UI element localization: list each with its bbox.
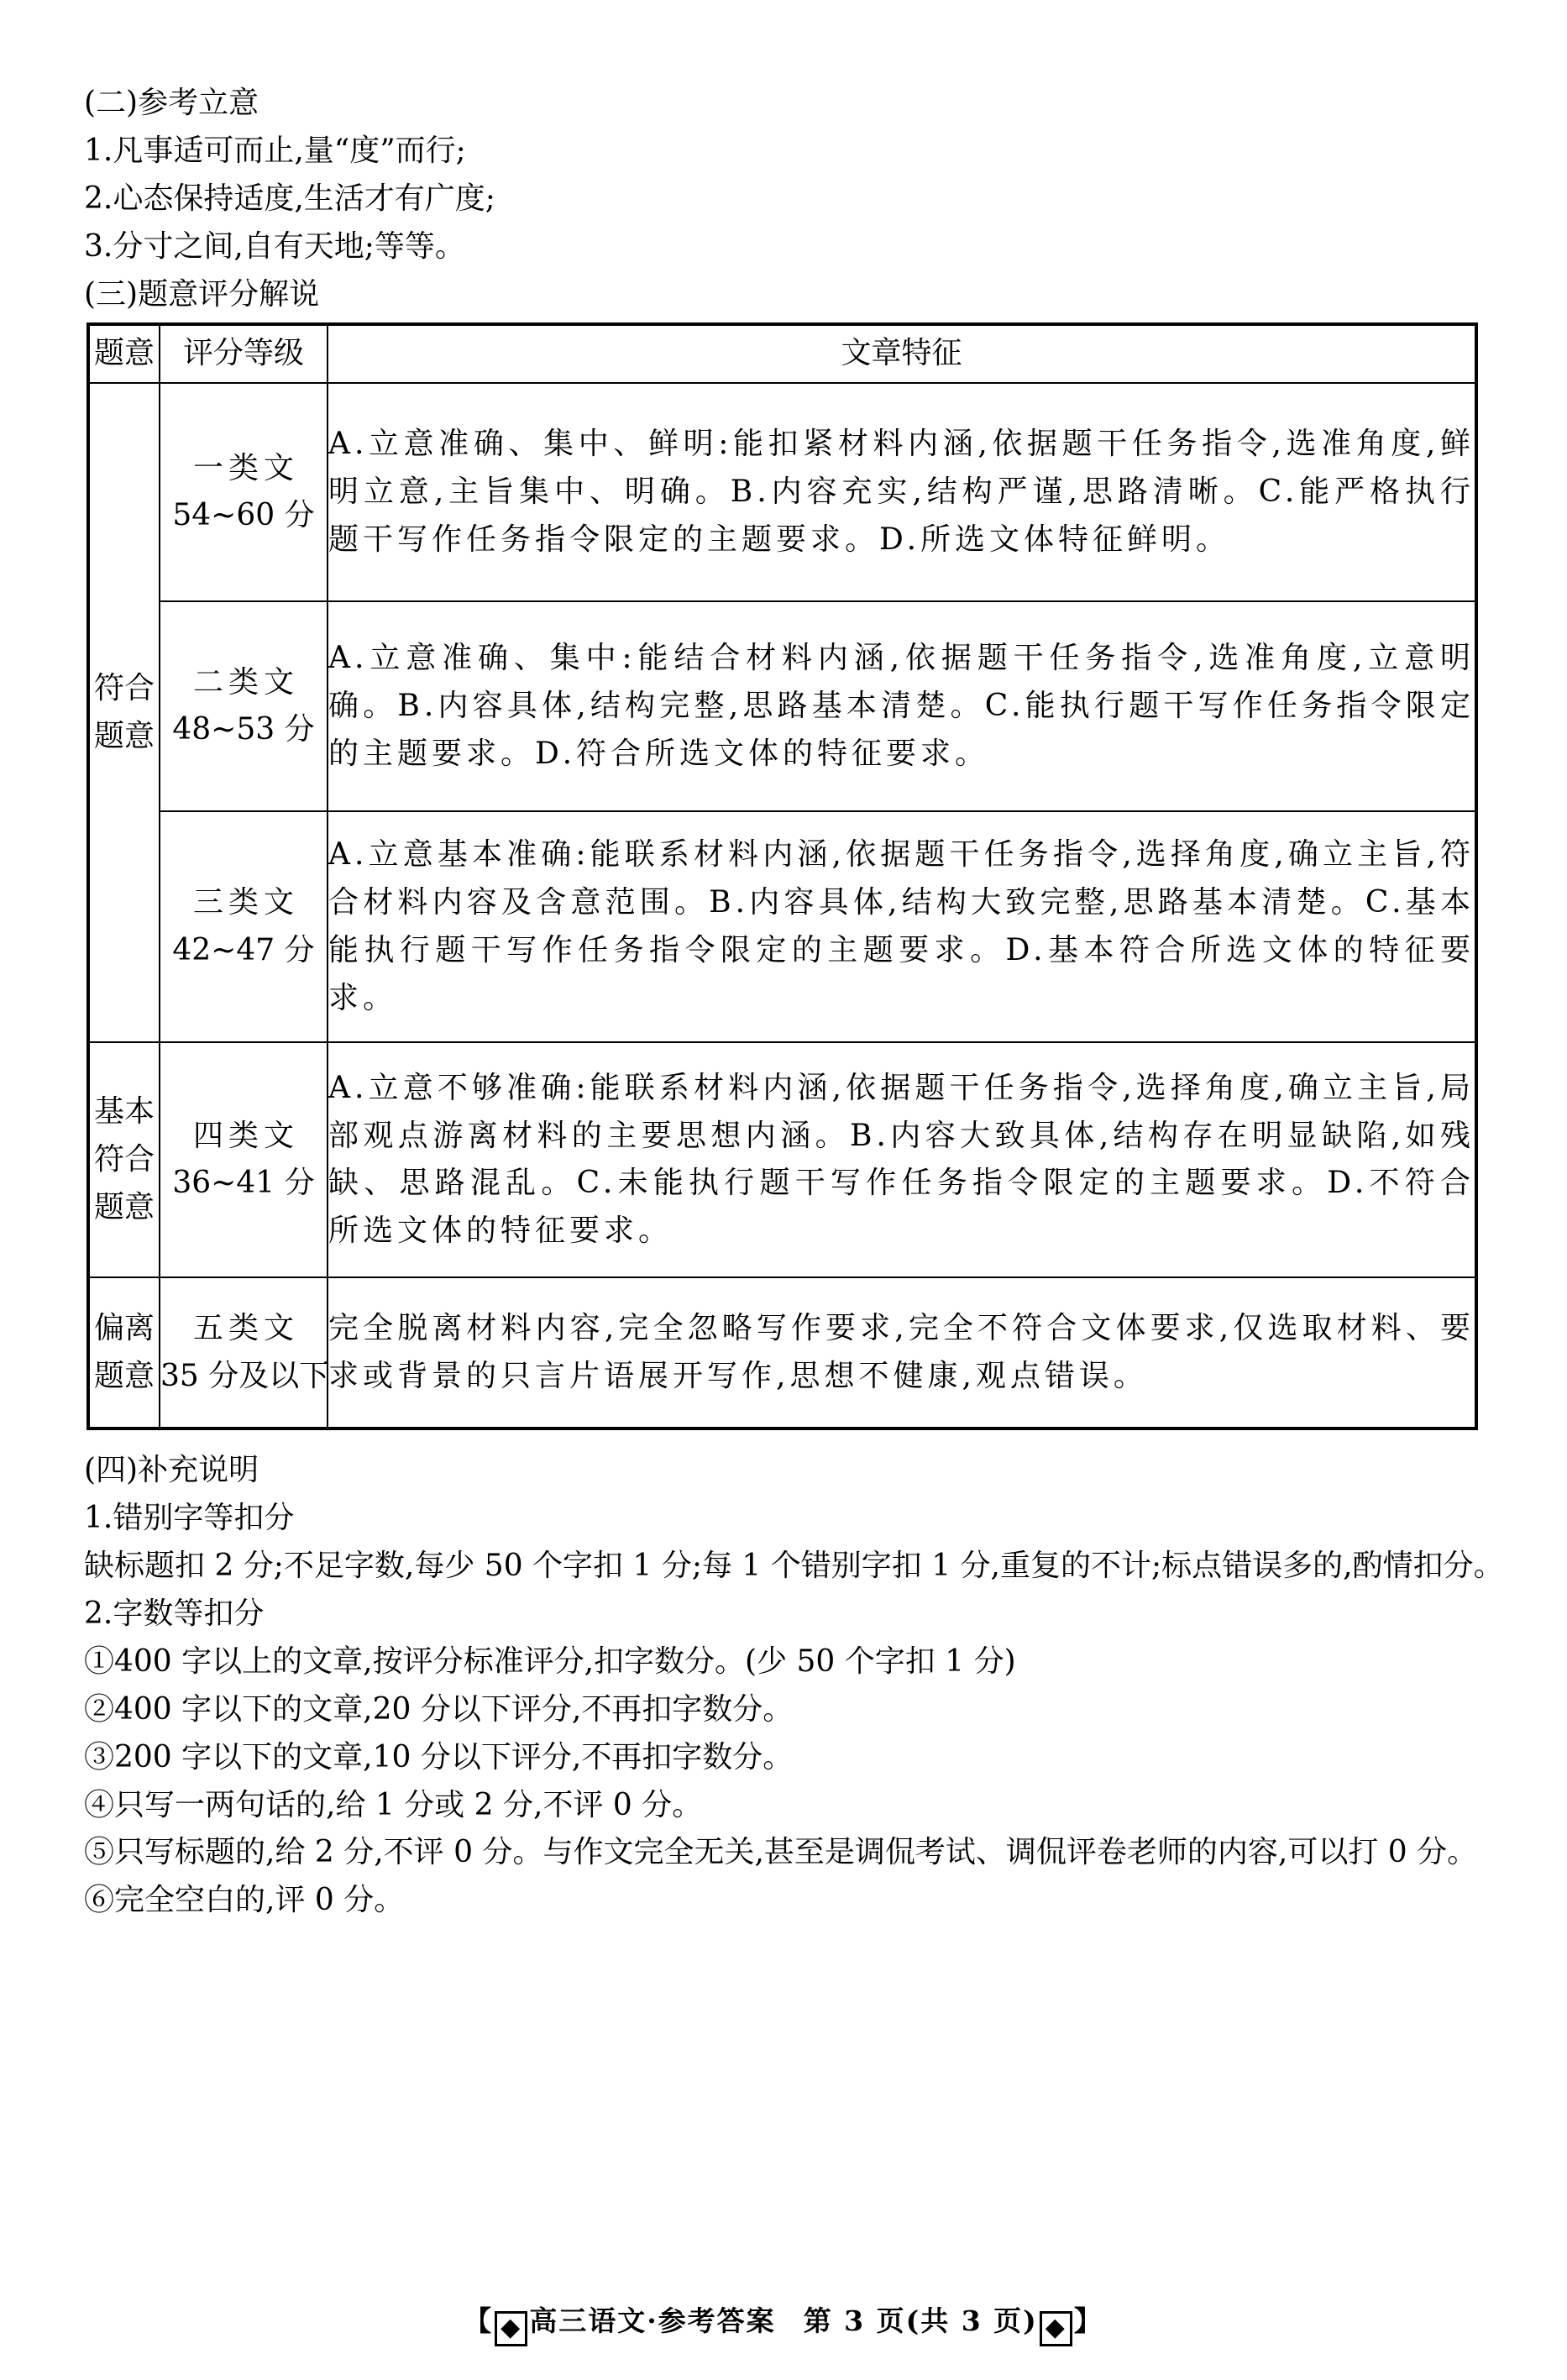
- note-item-2: ②400 字以下的文章,20 分以下评分,不再扣字数分。: [46, 1686, 1521, 1734]
- intro-item-3: 3.分寸之间,自有天地;等等。: [46, 223, 1521, 271]
- grade-score: 54~60 分: [160, 492, 327, 540]
- grade-name: 四类文: [160, 1113, 327, 1161]
- note-item-1: ①400 字以上的文章,按评分标准评分,扣字数分。(少 50 个字扣 1 分): [46, 1638, 1521, 1686]
- page-content: (二)参考立意 1.凡事适可而止,量“度”而行; 2.心态保持适度,生活才有广度…: [0, 0, 1567, 1925]
- features-cell-3: A.立意基本准确:能联系材料内涵,依据题干任务指令,选择角度,确立主旨,符合材料…: [328, 811, 1476, 1042]
- section4-title: (四)补充说明: [46, 1447, 1521, 1495]
- category-cell-basically-matches-topic: 基本符合题意: [88, 1042, 160, 1277]
- diamond-glyph: ◆: [1046, 2313, 1067, 2342]
- page-footer: 【◆高三语文·参考答案第 3 页(共 3 页)◆】: [0, 2299, 1567, 2346]
- features-cell-4: A.立意不够准确:能联系材料内涵,依据题干任务指令,选择角度,确立主旨,局部观点…: [328, 1042, 1476, 1277]
- grade-score: 42~47 分: [160, 927, 327, 975]
- features-cell-1: A.立意准确、集中、鲜明:能扣紧材料内涵,依据题干任务指令,选准角度,鲜明立意,…: [328, 383, 1476, 601]
- header-topic: 题意: [88, 324, 160, 383]
- section2-title: (二)参考立意: [46, 80, 1521, 128]
- note-sub2-title: 2.字数等扣分: [46, 1591, 1521, 1638]
- grade-cell-2: 二类文 48~53 分: [160, 601, 328, 811]
- features-cell-5: 完全脱离材料内容,完全忽略写作要求,完全不符合文体要求,仅选取材料、要求或背景的…: [328, 1277, 1476, 1429]
- table-row: 偏离题意 五类文 35 分及以下 完全脱离材料内容,完全忽略写作要求,完全不符合…: [88, 1277, 1476, 1429]
- grade-score: 36~41 分: [160, 1160, 327, 1208]
- footer-page-number: 第 3 页(共 3 页): [804, 2304, 1038, 2337]
- grade-name: 三类文: [160, 879, 327, 927]
- grading-rubric-table: 题意 评分等级 文章特征 符合题意 一类文 54~60 分 A.立意准确、集中、…: [86, 322, 1478, 1430]
- grade-score: 35 分及以下: [160, 1353, 327, 1401]
- note-item-4: ④只写一两句话的,给 1 分或 2 分,不评 0 分。: [46, 1782, 1521, 1830]
- grade-cell-1: 一类文 54~60 分: [160, 383, 328, 601]
- diamond-icon: ◆: [1040, 2311, 1072, 2346]
- footer-title: 高三语文·参考答案: [529, 2304, 776, 2337]
- note-sub1-title: 1.错别字等扣分: [46, 1495, 1521, 1543]
- diamond-glyph: ◆: [500, 2313, 521, 2342]
- grade-cell-3: 三类文 42~47 分: [160, 811, 328, 1042]
- note-sub1-paragraph: 缺标题扣 2 分;不足字数,每少 50 个字扣 1 分;每 1 个错别字扣 1 …: [46, 1543, 1521, 1591]
- supplementary-notes: (四)补充说明 1.错别字等扣分 缺标题扣 2 分;不足字数,每少 50 个字扣…: [46, 1447, 1521, 1925]
- category-cell-matches-topic: 符合题意: [88, 383, 160, 1042]
- header-features: 文章特征: [328, 324, 1476, 383]
- note-item-6: ⑥完全空白的,评 0 分。: [46, 1877, 1521, 1925]
- note-item-3: ③200 字以下的文章,10 分以下评分,不再扣字数分。: [46, 1734, 1521, 1782]
- grade-cell-5: 五类文 35 分及以下: [160, 1277, 328, 1429]
- intro-item-2: 2.心态保持适度,生活才有广度;: [46, 176, 1521, 223]
- diamond-icon: ◆: [495, 2311, 527, 2346]
- table-row: 二类文 48~53 分 A.立意准确、集中:能结合材料内涵,依据题干任务指令,选…: [88, 601, 1476, 811]
- table-row: 符合题意 一类文 54~60 分 A.立意准确、集中、鲜明:能扣紧材料内涵,依据…: [88, 383, 1476, 601]
- grade-name: 五类文: [160, 1305, 327, 1353]
- grade-name: 二类文: [160, 659, 327, 707]
- footer-right-bracket: 】: [1074, 2304, 1103, 2337]
- intro-item-1: 1.凡事适可而止,量“度”而行;: [46, 128, 1521, 176]
- grade-score: 48~53 分: [160, 706, 327, 754]
- table-row: 三类文 42~47 分 A.立意基本准确:能联系材料内涵,依据题干任务指令,选择…: [88, 811, 1476, 1042]
- footer-left-bracket: 【: [464, 2304, 493, 2337]
- answer-key-page: (二)参考立意 1.凡事适可而止,量“度”而行; 2.心态保持适度,生活才有广度…: [0, 0, 1567, 2380]
- grade-cell-4: 四类文 36~41 分: [160, 1042, 328, 1277]
- table-header-row: 题意 评分等级 文章特征: [88, 324, 1476, 383]
- section3-title: (三)题意评分解说: [46, 271, 1521, 319]
- category-cell-deviates-topic: 偏离题意: [88, 1277, 160, 1429]
- table-row: 基本符合题意 四类文 36~41 分 A.立意不够准确:能联系材料内涵,依据题干…: [88, 1042, 1476, 1277]
- header-grade: 评分等级: [160, 324, 328, 383]
- grade-name: 一类文: [160, 445, 327, 493]
- features-cell-2: A.立意准确、集中:能结合材料内涵,依据题干任务指令,选准角度,立意明确。B.内…: [328, 601, 1476, 811]
- note-item-5: ⑤只写标题的,给 2 分,不评 0 分。与作文完全无关,甚至是调侃考试、调侃评卷…: [46, 1829, 1521, 1877]
